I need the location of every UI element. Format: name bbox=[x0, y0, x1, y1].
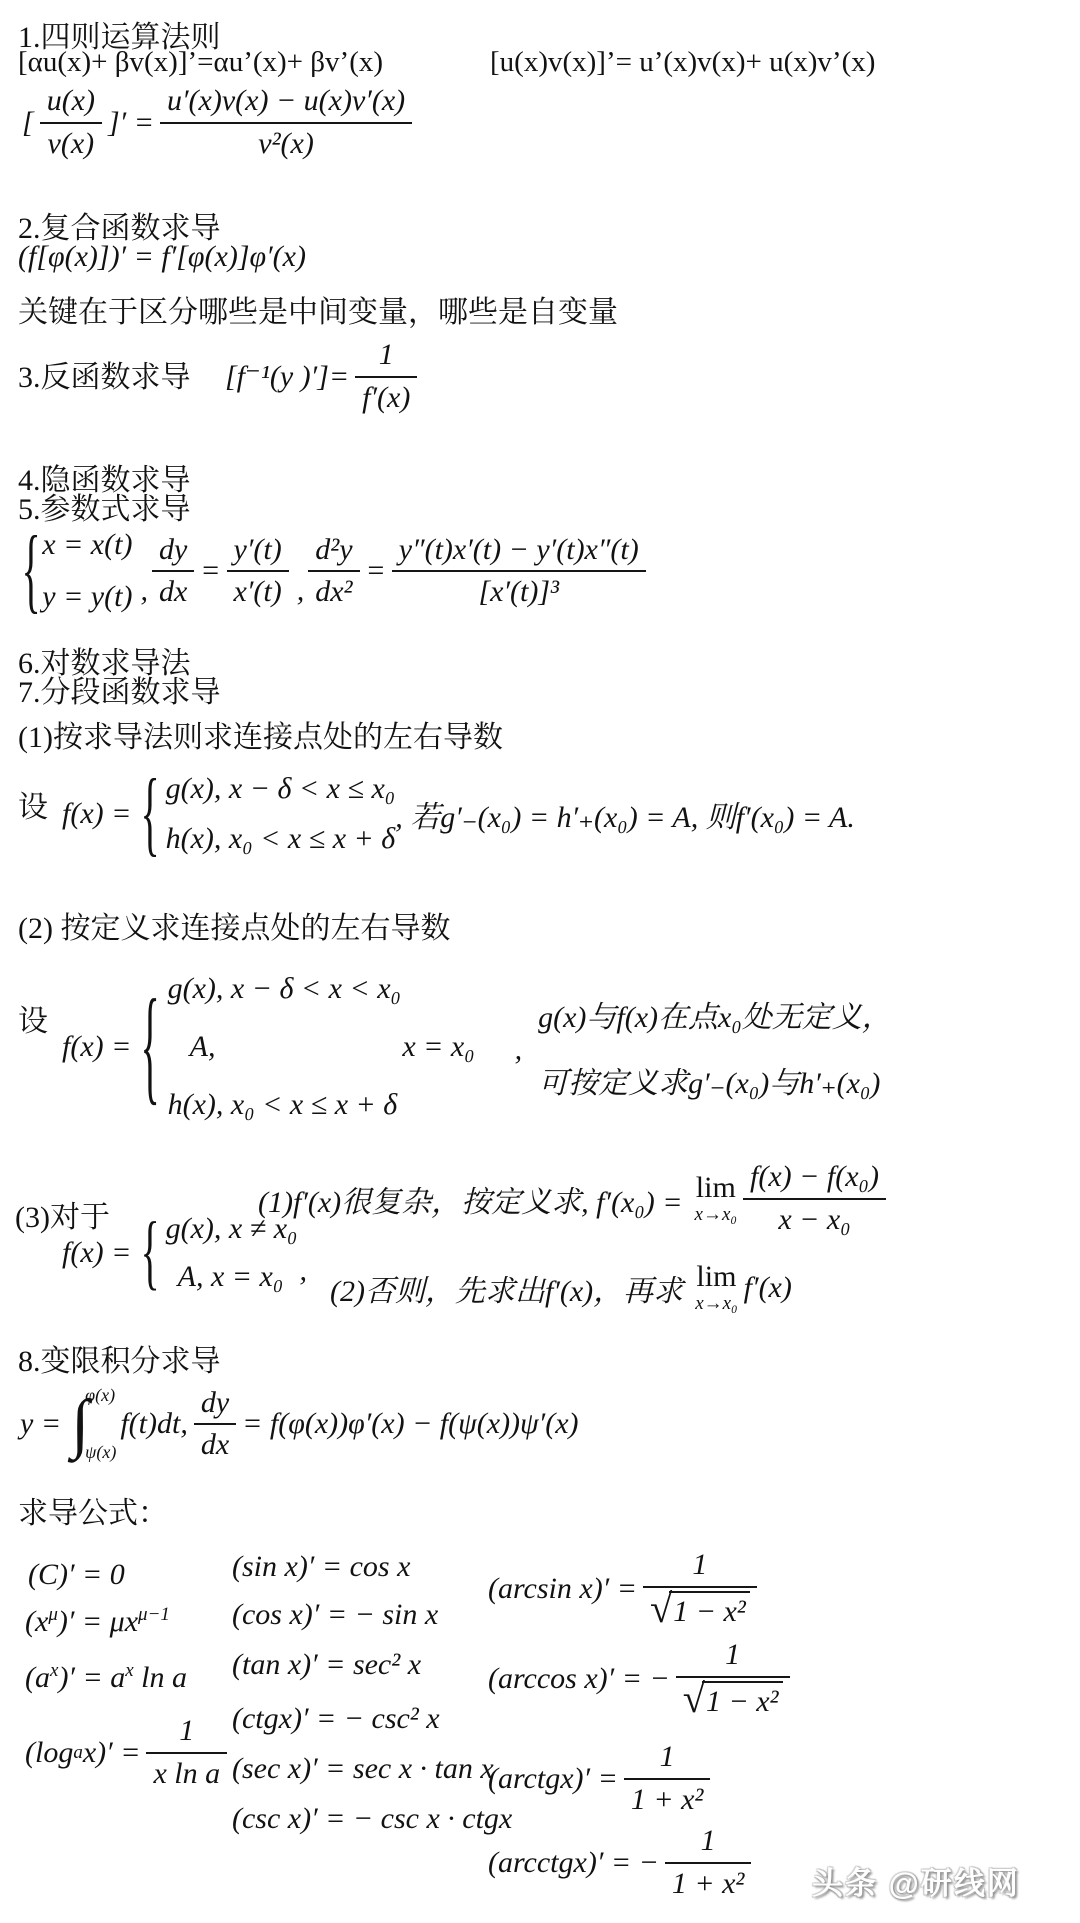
section-3-title: 3.反函数求导 bbox=[18, 352, 191, 396]
fraction: f(x) − f(x₀) x − x₀ bbox=[743, 1160, 886, 1237]
math-notes-page: 1.四则运算法则 [αu(x)+ βv(x)]’=αu’(x)+ βv’(x) … bbox=[0, 0, 1080, 1923]
fraction: u(x) v(x) bbox=[40, 84, 102, 161]
comma: , bbox=[140, 574, 148, 608]
equals: = bbox=[200, 554, 220, 588]
piecewise-cases: g(x), x − δ < x ≤ x₀ h(x), x₀ < x ≤ x + … bbox=[166, 772, 396, 856]
fx-equals: f(x) = bbox=[62, 1030, 131, 1064]
piecewise-case1-formula: 设 f(x) = { g(x), x − δ < x ≤ x₀ h(x), x₀… bbox=[18, 772, 855, 856]
product-rule-formula: [u(x)v(x)]’= u’(x)v(x)+ u(x)v’(x) bbox=[490, 46, 875, 79]
let-character: 设 bbox=[18, 782, 48, 826]
formula-ctg: (ctgx)′ = − csc² x bbox=[232, 1702, 440, 1736]
fraction: dy dx bbox=[152, 533, 194, 610]
formula-arcctg: (arcctgx)′ = − 1 1 + x² bbox=[488, 1824, 757, 1901]
limit-operator: lim x→x₀ bbox=[695, 1173, 737, 1224]
piecewise-cases: g(x), x − δ < x < x₀ A, x = x₀ h(x), x₀ … bbox=[168, 972, 513, 1122]
section-7-title: 7.分段函数求导 bbox=[18, 667, 221, 711]
formula-exponential: (ax)′ = ax ln a bbox=[25, 1660, 187, 1695]
fraction: 1 √1 − x² bbox=[643, 1548, 757, 1630]
limit-operator: lim x→x₀ bbox=[695, 1262, 737, 1313]
fraction: 1 1 + x² bbox=[665, 1824, 752, 1901]
lower-bound: ψ(x) bbox=[85, 1442, 116, 1463]
watermark: 头条 @研线网 bbox=[812, 1858, 1020, 1903]
formula-logarithm: (loga x)′ = 1 x ln a bbox=[25, 1714, 227, 1791]
lhs: [f⁻¹(y )′]= bbox=[225, 359, 349, 394]
piecewise-case2-label: (2) 按定义求连接点处的左右导数 bbox=[18, 903, 450, 947]
formula-csc: (csc x)′ = − csc x · ctgx bbox=[232, 1802, 512, 1836]
piecewise-case2-formula: 设 f(x) = { g(x), x − δ < x < x₀ A, x = x… bbox=[18, 972, 892, 1122]
chain-rule-formula: (f[φ(x)])′ = f′[φ(x)]φ′(x) bbox=[18, 240, 306, 274]
comma: , bbox=[515, 1033, 523, 1067]
section-8-title: 8.变限积分求导 bbox=[18, 1336, 221, 1380]
piecewise-case1-label: (1)按求导法则求连接点处的左右导数 bbox=[18, 712, 503, 756]
equals: = bbox=[366, 554, 386, 588]
parametric-derivative-formula: { x = x(t) y = y(t) , dy dx = y′(t) x′(t… bbox=[20, 528, 652, 614]
comma: , bbox=[299, 1254, 307, 1288]
fraction: y″(t)x′(t) − y′(t)x″(t) [x′(t)]³ bbox=[392, 533, 646, 610]
formula-sec: (sec x)′ = sec x · tan x bbox=[232, 1752, 494, 1786]
integrand: f(t)dt, bbox=[120, 1407, 188, 1441]
left-bracket: [ bbox=[22, 106, 34, 140]
left-curly-brace: { bbox=[141, 982, 160, 1111]
integral: ∫ φ(x) ψ(x) bbox=[71, 1385, 116, 1463]
square-root: √1 − x² bbox=[650, 1591, 750, 1630]
chain-rule-note: 关键在于区分哪些是中间变量，哪些是自变量 bbox=[18, 287, 618, 331]
comma: , bbox=[297, 574, 305, 608]
fraction: 1 f′(x) bbox=[355, 338, 417, 415]
left-curly-brace: { bbox=[22, 524, 41, 619]
parametric-system: x = x(t) y = y(t) bbox=[42, 528, 132, 614]
formula-arccos: (arccos x)′ = − 1 √1 − x² bbox=[488, 1638, 796, 1720]
let-character: 设 bbox=[18, 996, 48, 1040]
inverse-function-formula: [f⁻¹(y )′]= 1 f′(x) bbox=[225, 338, 423, 415]
section-5-title: 5.参数式求导 bbox=[18, 484, 191, 528]
bracket-prime-equals: ]′ = bbox=[108, 106, 154, 140]
piecewise-notes: g(x)与f(x)在点x₀处无定义， 可按定义求g′₋(x₀)与h′₊(x₀) bbox=[538, 992, 892, 1102]
fraction: u′(x)v(x) − u(x)v′(x) v²(x) bbox=[160, 84, 412, 161]
fx-equals: f(x) = bbox=[62, 1236, 131, 1270]
integral-rhs: = f(φ(x))φ′(x) − f(ψ(x))ψ′(x) bbox=[242, 1407, 578, 1441]
fraction: 1 x ln a bbox=[146, 1714, 227, 1791]
left-curly-brace: { bbox=[141, 767, 160, 862]
formula-arcsin: (arcsin x)′ = 1 √1 − x² bbox=[488, 1548, 763, 1630]
formula-arctg: (arctgx)′ = 1 1 + x² bbox=[488, 1740, 716, 1817]
otherwise-text: (2)否则，先求出f′(x)，再求 bbox=[330, 1266, 683, 1310]
definition-limit-line: (1)f′(x)很复杂，按定义求, f′(x₀) = lim x→x₀ f(x)… bbox=[258, 1160, 892, 1237]
sum-rule-formula: [αu(x)+ βv(x)]’=αu’(x)+ βv’(x) bbox=[18, 46, 383, 79]
definition-text: (1)f′(x)很复杂，按定义求, f′(x₀) = bbox=[258, 1177, 683, 1221]
left-curly-brace: { bbox=[141, 1211, 160, 1295]
fraction: 1 √1 − x² bbox=[676, 1638, 790, 1720]
otherwise-limit-line: (2)否则，先求出f′(x)，再求 lim x→x₀ f′(x) bbox=[330, 1262, 798, 1313]
upper-bound: φ(x) bbox=[85, 1385, 116, 1406]
y-equals: y = bbox=[20, 1407, 61, 1441]
formula-cos: (cos x)′ = − sin x bbox=[232, 1598, 438, 1632]
formula-table-title: 求导公式： bbox=[18, 1488, 168, 1532]
fraction: y′(t) x′(t) bbox=[227, 533, 289, 610]
variable-limit-integral-formula: y = ∫ φ(x) ψ(x) f(t)dt, dy dx = f(φ(x))φ… bbox=[20, 1385, 585, 1463]
quotient-rule-formula: [ u(x) v(x) ]′ = u′(x)v(x) − u(x)v′(x) v… bbox=[22, 84, 418, 161]
square-root: √1 − x² bbox=[683, 1681, 783, 1720]
fx-equals: f(x) = bbox=[62, 797, 131, 831]
fraction: d²y dx² bbox=[308, 533, 359, 610]
fraction: 1 1 + x² bbox=[624, 1740, 711, 1817]
formula-tan: (tan x)′ = sec² x bbox=[232, 1648, 421, 1682]
piecewise-conclusion: , 若g′₋(x₀) = h′₊(x₀) = A, 则f′(x₀) = A. bbox=[395, 792, 855, 836]
f-prime: f′(x) bbox=[744, 1271, 792, 1305]
formula-power: (xμ)′ = μxμ−1 bbox=[25, 1604, 170, 1639]
formula-sin: (sin x)′ = cos x bbox=[232, 1550, 410, 1584]
fraction: dy dx bbox=[194, 1386, 236, 1463]
formula-constant: (C)′ = 0 bbox=[28, 1558, 125, 1592]
